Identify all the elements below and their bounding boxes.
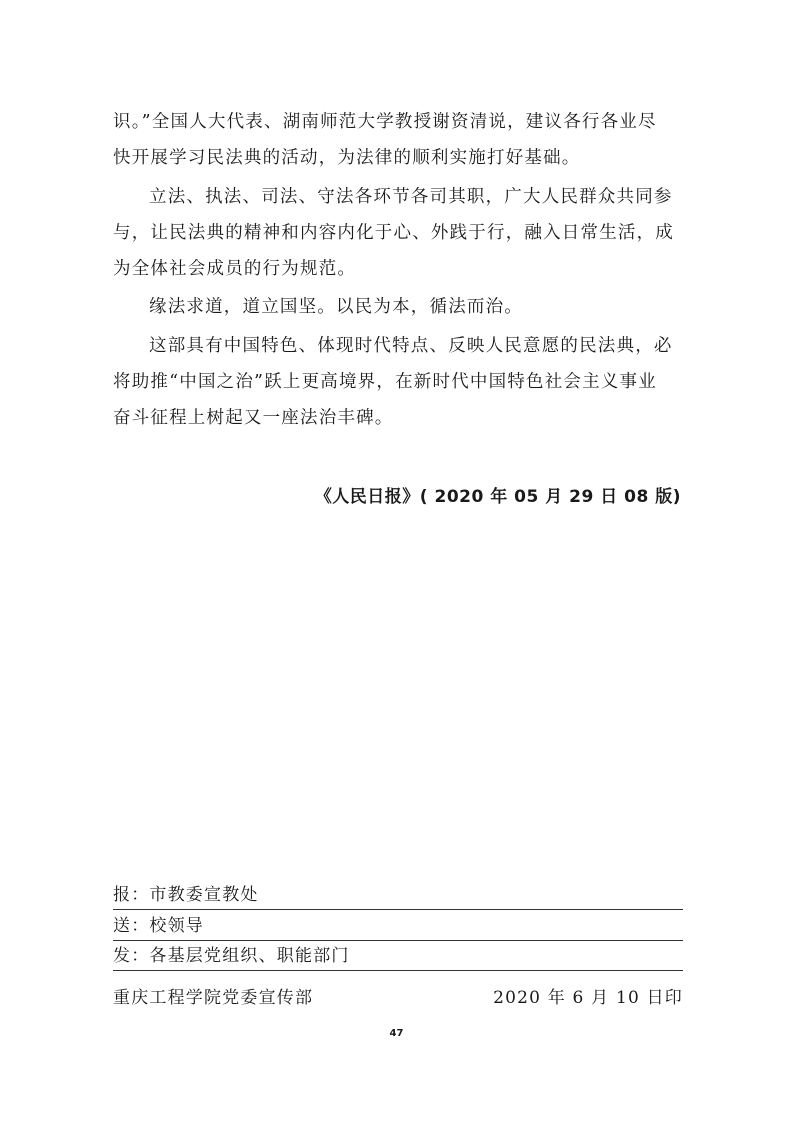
print-date: 2020 年 6 月 10 日印 [493, 983, 683, 1008]
footer-row: 重庆工程学院党委宣传部 2020 年 6 月 10 日印 [113, 983, 683, 1008]
body-line-2: 快开展学习民法典的活动，为法律的顺利实施打好基础。 [113, 144, 581, 169]
para4-line-1: 这部具有中国特色、体现时代特点、反映人民意愿的民法典，必 [149, 332, 673, 357]
send-to-row: 送：校领导 [113, 912, 683, 941]
para3: 缘法求道，道立国坚。以民为本，循法而治。 [149, 293, 523, 318]
para2-line-2: 与，让民法典的精神和内容内化于心、外践于行，融入日常生活，成 [113, 219, 674, 244]
page-number: 47 [0, 1028, 793, 1039]
body-line-1: 识。”全国人大代表、湖南师范大学教授谢资清说，建议各行各业尽 [113, 108, 657, 133]
issue-to-row: 发：各基层党组织、职能部门 [113, 942, 683, 971]
source-citation: 《人民日报》( 2020 年 05 月 29 日 08 版) [315, 482, 681, 507]
report-to-row: 报：市教委宣教处 [113, 881, 683, 910]
para4-line-2: 将助推“中国之治”跃上更高境界，在新时代中国特色社会主义事业 [113, 368, 657, 393]
para2-line-1: 立法、执法、司法、守法各环节各司其职，广大人民群众共同参 [149, 183, 673, 208]
para2-line-3: 为全体社会成员的行为规范。 [113, 255, 356, 280]
para4-line-3: 奋斗征程上树起又一座法治丰碑。 [113, 404, 394, 429]
issuer: 重庆工程学院党委宣传部 [113, 983, 313, 1008]
